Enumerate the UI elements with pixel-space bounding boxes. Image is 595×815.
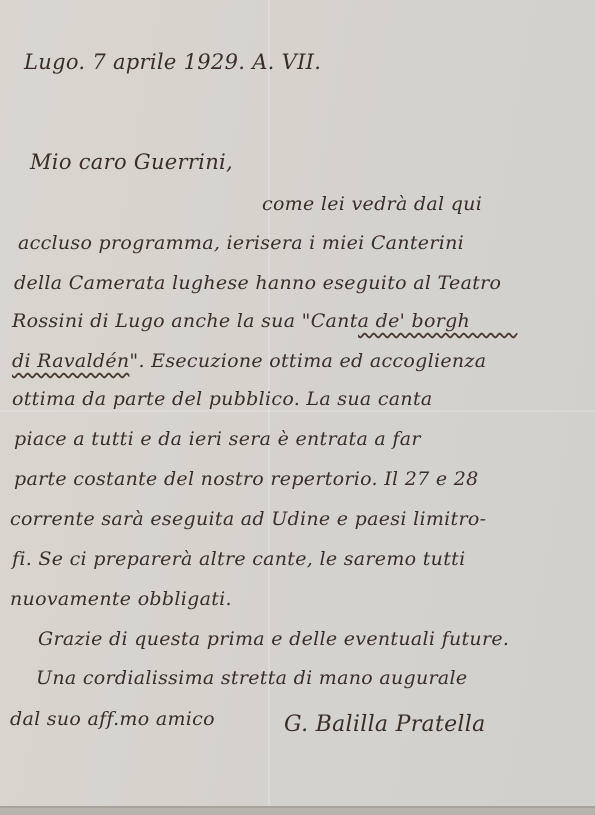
song-title-underline-1: Canta de' borgh: [358, 310, 517, 332]
letter-paper: Lugo. 7 aprile 1929. A. VII. Mio caro Gu…: [0, 0, 595, 806]
body-line-10: fi. Se ci preparerà altre cante, le sare…: [12, 548, 465, 570]
signature: G. Balilla Pratella: [284, 712, 486, 737]
body-line-13: Una cordialissima stretta di mano augura…: [36, 667, 467, 689]
body-line-12: Grazie di questa prima e delle eventuali…: [38, 628, 509, 650]
body-line-11: nuovamente obbligati.: [10, 588, 232, 610]
body-line-2: accluso programma, ierisera i miei Cante…: [18, 232, 464, 254]
song-title-underline-2: di Ravaldén: [12, 350, 129, 372]
body-line-8: parte costante del nostro repertorio. Il…: [14, 468, 479, 490]
dateline: Lugo. 7 aprile 1929. A. VII.: [24, 50, 321, 74]
body-line-6: ottima da parte del pubblico. La sua can…: [12, 388, 433, 410]
salutation: Mio caro Guerrini,: [30, 150, 233, 174]
body-line-7: piace a tutti e da ieri sera è entrata a…: [14, 428, 421, 450]
body-line-3: della Camerata lughese hanno eseguito al…: [14, 272, 501, 294]
closing-line: dal suo aff.mo amico: [10, 708, 215, 730]
paper-fold-horizontal: [0, 410, 595, 412]
body-line-1: come lei vedrà dal qui: [262, 193, 482, 215]
body-line-9: corrente sarà eseguita ad Udine e paesi …: [10, 508, 486, 530]
